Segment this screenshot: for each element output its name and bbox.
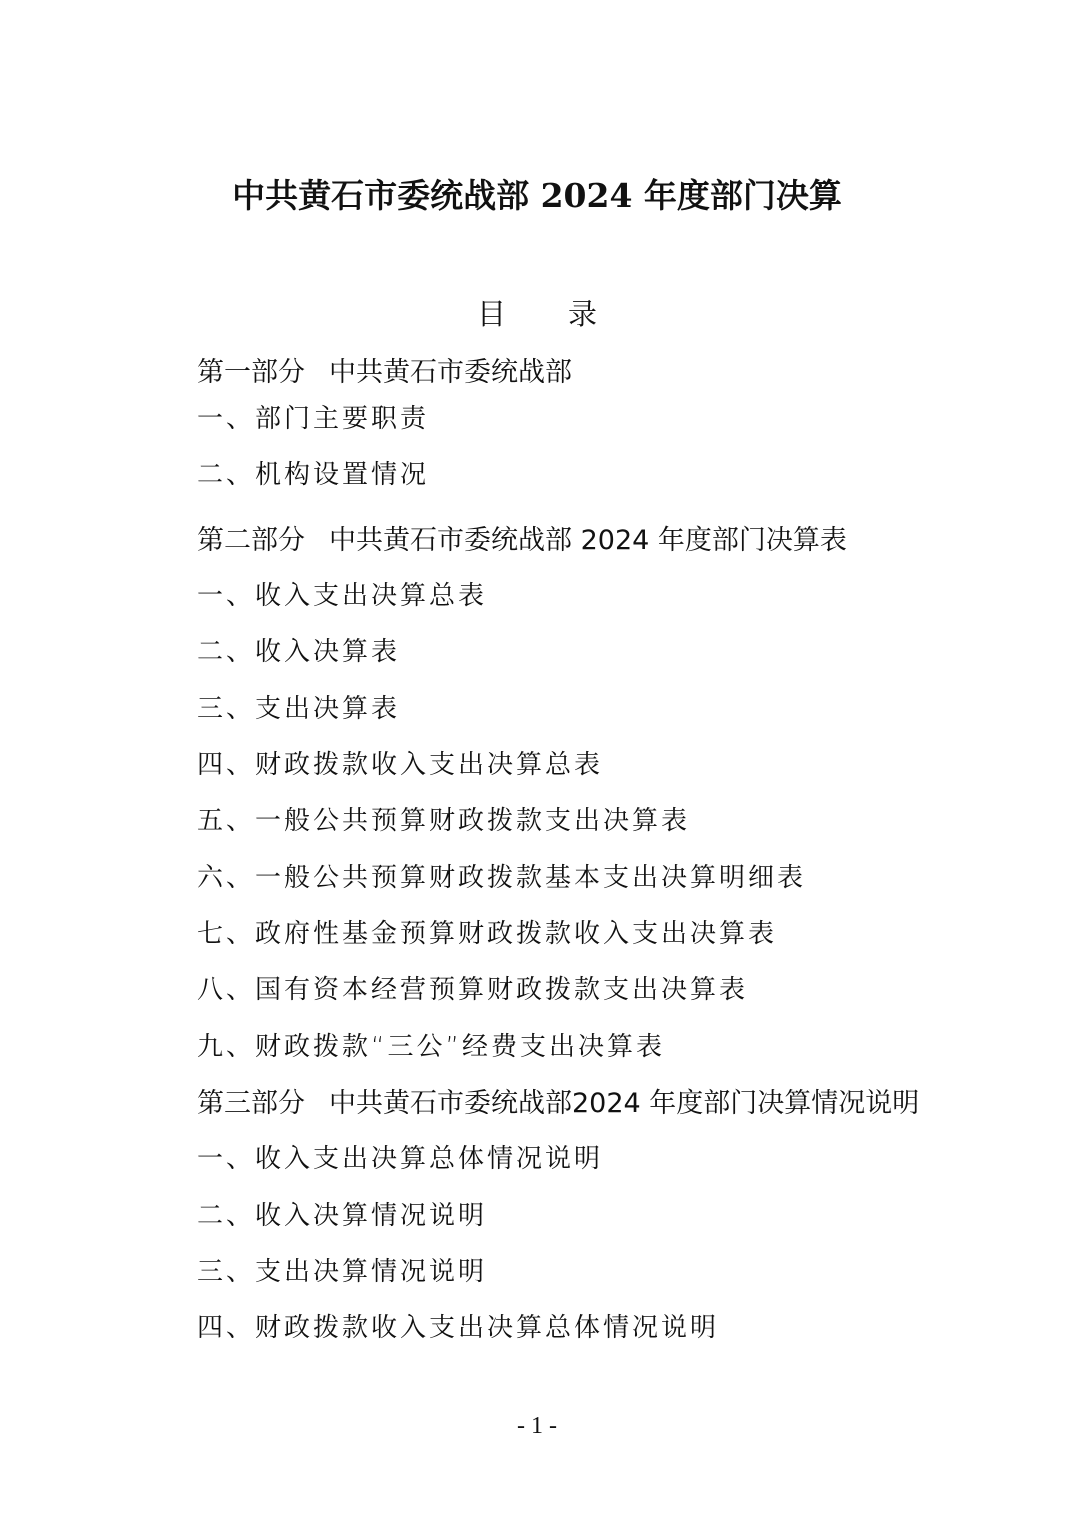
toc-item[interactable]: 二、机构设置情况 <box>197 454 429 491</box>
toc-item[interactable]: 六、一般公共预算财政拨款基本支出决算明细表 <box>197 857 806 894</box>
document-title: 中共黄石市委统战部 2024 年度部门决算 <box>0 170 1074 217</box>
toc-item[interactable]: 一、收入支出决算总表 <box>197 575 487 612</box>
toc-part-1[interactable]: 第一部分中共黄石市委统战部 <box>197 350 572 389</box>
part-label: 第一部分 <box>197 357 305 388</box>
toc-item[interactable]: 七、政府性基金预算财政拨款收入支出决算表 <box>197 913 777 950</box>
toc-item[interactable]: 八、国有资本经营预算财政拨款支出决算表 <box>197 969 748 1006</box>
toc-item[interactable]: 九、财政拨款“三公”经费支出决算表 <box>197 1026 665 1063</box>
toc-item[interactable]: 二、收入决算表 <box>197 631 400 668</box>
page-number: - 1 - <box>0 1413 1074 1440</box>
part-name: 中共黄石市委统战部 2024 年度部门决算表 <box>329 525 847 556</box>
part-name: 中共黄石市委统战部2024 年度部门决算情况说明 <box>329 1088 919 1119</box>
toc-part-2[interactable]: 第二部分中共黄石市委统战部 2024 年度部门决算表 <box>197 518 847 557</box>
toc-item[interactable]: 四、财政拨款收入支出决算总表 <box>197 744 603 781</box>
toc-item[interactable]: 四、财政拨款收入支出决算总体情况说明 <box>197 1307 719 1344</box>
part-label: 第二部分 <box>197 525 305 556</box>
toc-item[interactable]: 一、部门主要职责 <box>197 398 429 435</box>
toc-heading-char-1: 目 <box>477 292 506 333</box>
part-label: 第三部分 <box>197 1088 305 1119</box>
toc-item[interactable]: 三、支出决算表 <box>197 688 400 725</box>
toc-heading-char-2: 录 <box>568 292 597 333</box>
toc-item[interactable]: 一、收入支出决算总体情况说明 <box>197 1138 603 1175</box>
toc-item[interactable]: 二、收入决算情况说明 <box>197 1195 487 1232</box>
toc-heading: 目录 <box>0 292 1074 333</box>
part-name: 中共黄石市委统战部 <box>329 357 572 388</box>
toc-item[interactable]: 三、支出决算情况说明 <box>197 1251 487 1288</box>
toc-item[interactable]: 五、一般公共预算财政拨款支出决算表 <box>197 800 690 837</box>
toc-part-3[interactable]: 第三部分中共黄石市委统战部2024 年度部门决算情况说明 <box>197 1081 919 1120</box>
